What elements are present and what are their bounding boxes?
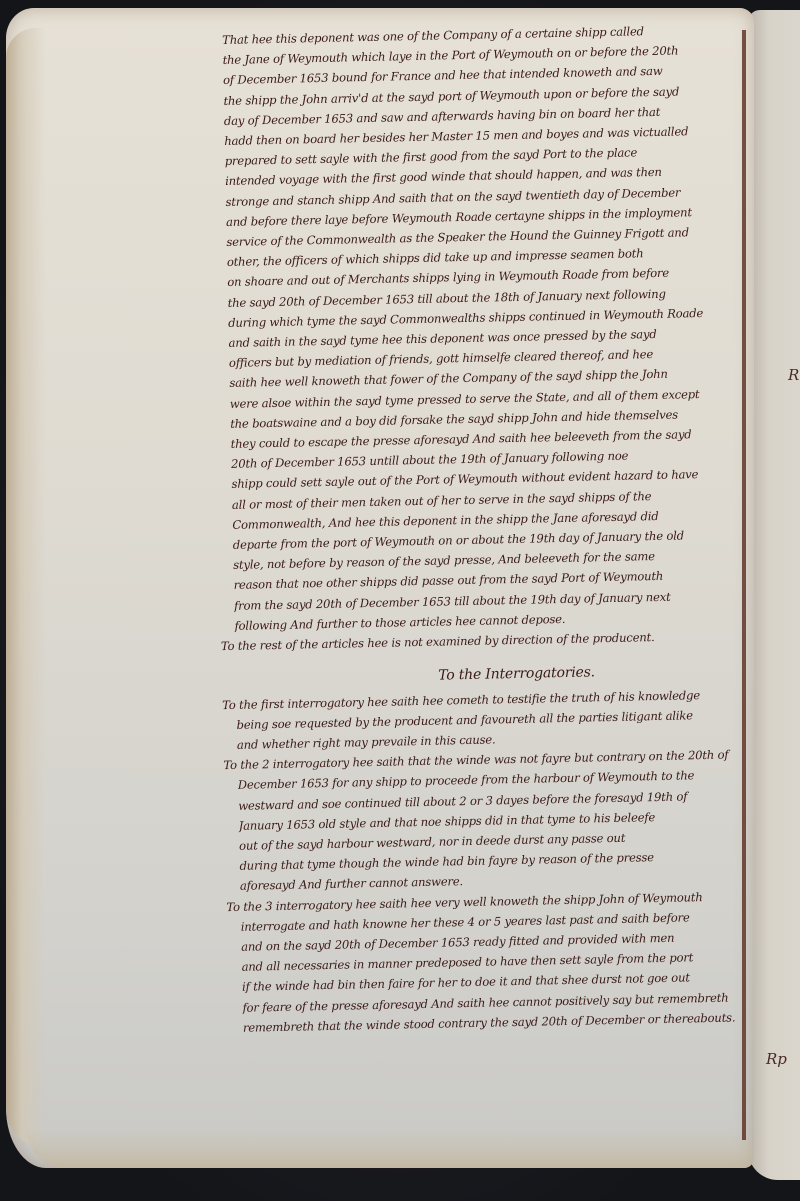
interrogatory-answer-3: To the 3 interrogatory hee saith hee ver… — [240, 885, 765, 1037]
facing-page-note: R — [788, 366, 799, 384]
interrogatory-answer-1: To the first interrogatory hee saith hee… — [236, 683, 759, 755]
interrogatory-answer-2: To the 2 interrogatory hee saith that th… — [237, 744, 762, 896]
facing-page-note: Rp — [766, 1050, 787, 1068]
deposition-text: That hee this deponent was one of the Co… — [222, 19, 765, 1038]
deposition-body: That hee this deponent was one of the Co… — [222, 19, 757, 636]
